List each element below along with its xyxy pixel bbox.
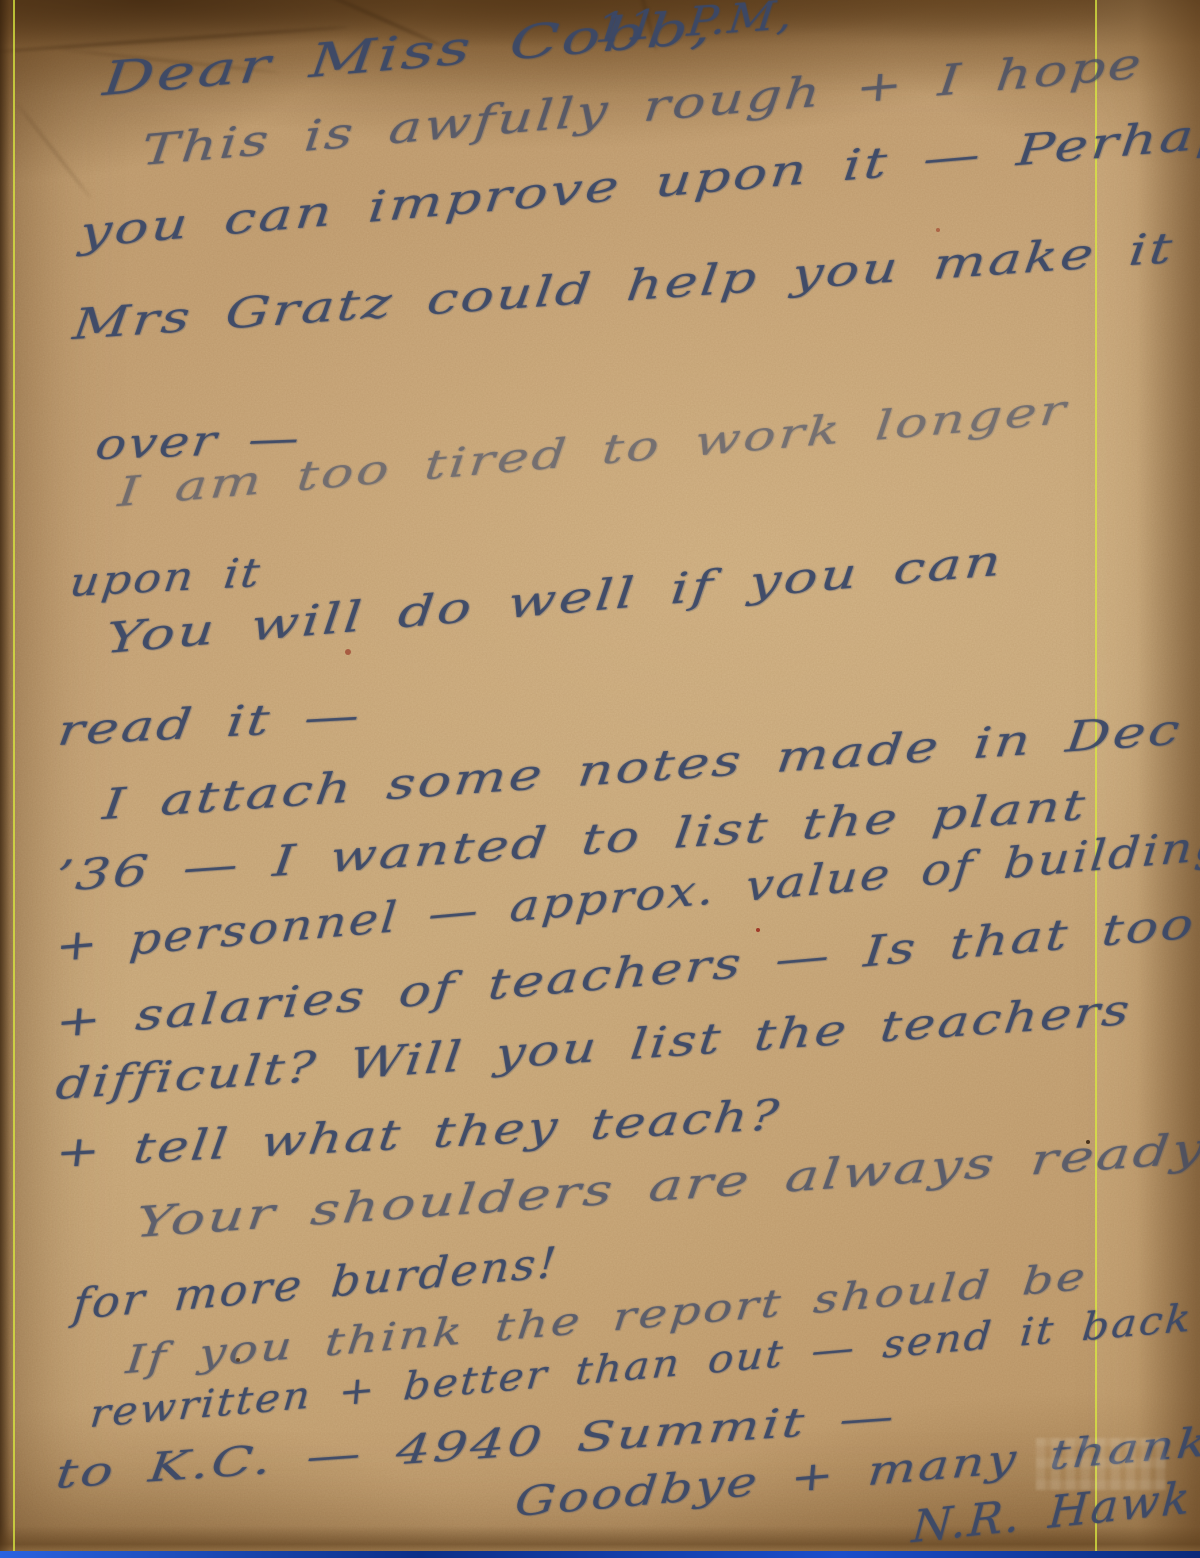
letter-line: upon it — [67, 550, 264, 606]
scanned-letter-page: 11 P.M, Dear Miss Cobb, This is awfully … — [0, 0, 1200, 1558]
letter-body: 11 P.M, Dear Miss Cobb, This is awfully … — [0, 0, 1200, 1558]
letter-line: read it — — [55, 690, 365, 755]
